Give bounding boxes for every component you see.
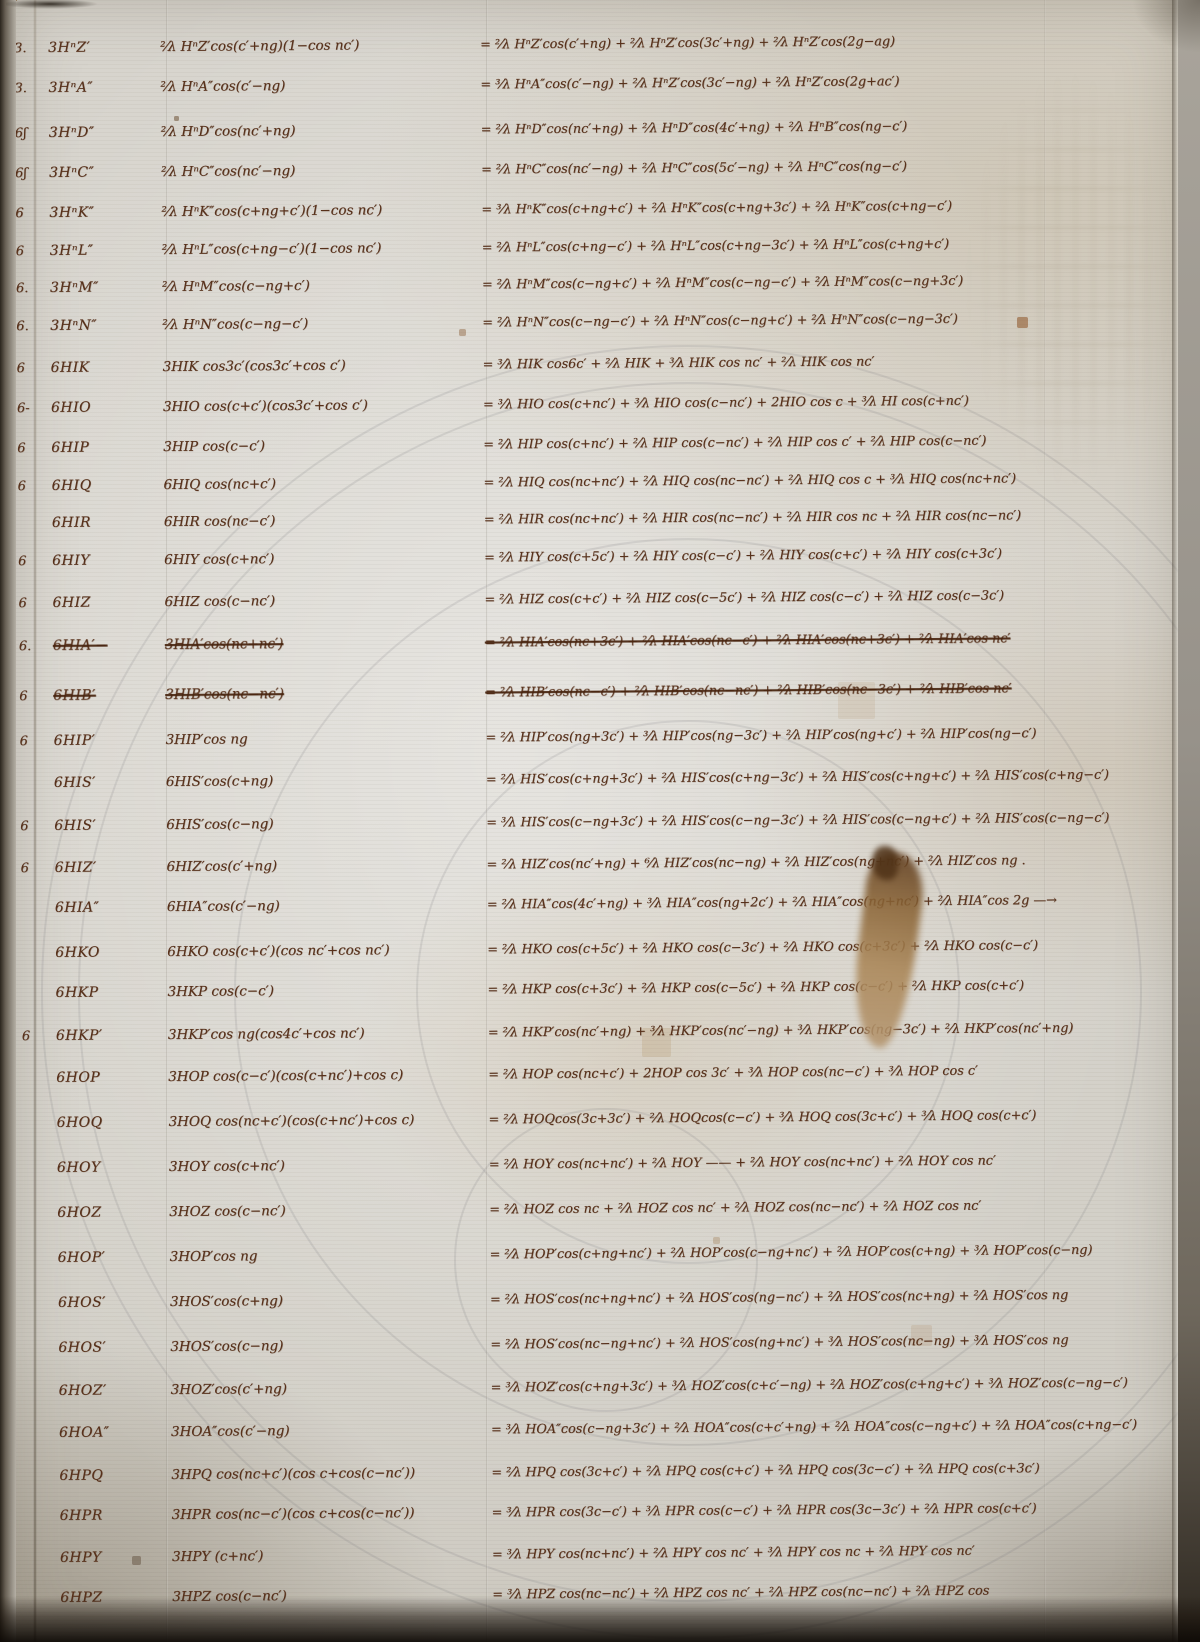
term-label: 6HIZ′ xyxy=(54,859,166,876)
equation-lhs: 6HIQ cos(nc+c′) xyxy=(163,475,483,494)
equation-row: 6HOQ 3HOQ cos(nc+c′)(cos(c+nc′)+cos c) =… xyxy=(22,1106,1174,1131)
equation-rhs: = ²⁄λ HⁿL″cos(c+ng−c′) + ²⁄λ HⁿL″cos(c+n… xyxy=(482,235,1168,255)
equation-rhs: = ³⁄λ HⁿA″cos(c′−ng) + ²⁄λ HⁿZ′cos(3c′−n… xyxy=(480,72,1166,92)
margin-number: 6ʃ xyxy=(15,166,49,181)
ink-smudge-tip xyxy=(872,846,898,880)
equation-lhs: 3HOA″cos(c′−ng) xyxy=(171,1421,491,1440)
margin-number: 6 xyxy=(22,1029,56,1044)
equation-row: 6HIA″ 6HIA″cos(c′−ng) = ²⁄λ HIA″cos(4c′+… xyxy=(21,891,1173,916)
equation-row: 6HOP 3HOP cos(c−c′)(cos(c+nc′)+cos c) = … xyxy=(22,1061,1174,1086)
margin-number: 6 xyxy=(16,244,50,259)
equation-rhs: = ³⁄λ HIS′cos(c−ng+3c′) + ²⁄λ HIS′cos(c−… xyxy=(486,810,1172,830)
term-label: 6HIB′ xyxy=(53,687,165,704)
equation-row: 6HOS′ 3HOS′cos(c−ng) = ²⁄λ HOS′cos(nc−ng… xyxy=(24,1331,1176,1356)
equation-rhs: = ³⁄λ HIO cos(c+nc′) + ³⁄λ HIO cos(c−nc′… xyxy=(483,392,1169,412)
equation-lhs: 3HOY cos(c+nc′) xyxy=(169,1156,489,1175)
term-label: 6HOZ xyxy=(57,1204,169,1221)
term-label: 3HⁿN″ xyxy=(50,317,162,334)
equation-row: 6 6HIS′ 6HIS′cos(c−ng) = ³⁄λ HIS′cos(c−n… xyxy=(20,809,1172,834)
equation-lhs: ²⁄λ HⁿN″cos(c−ng−c′) xyxy=(162,315,482,334)
equation-lhs: 6HIY cos(c+nc′) xyxy=(164,550,484,569)
margin-number: 3. xyxy=(14,41,48,56)
equation-lhs: 6HIS′cos(c−ng) xyxy=(166,814,486,833)
equation-lhs: 3HPQ cos(nc+c′)(cos c+cos(c−nc′)) xyxy=(171,1464,491,1483)
term-label: 6HOZ′ xyxy=(59,1382,171,1399)
equation-row: 6ʃ 3HⁿC″ ²⁄λ HⁿC″cos(nc′−ng) = ²⁄λ HⁿC″c… xyxy=(15,156,1167,181)
term-label: 6HOS′ xyxy=(58,1339,170,1356)
equation-lhs: ²⁄λ HⁿA″cos(c′−ng) xyxy=(160,77,480,96)
equation-row: 6. 6HIA′− 3HIA′cos(nc+nc′) = ²⁄λ HIA′cos… xyxy=(19,629,1171,654)
equation-row: 6HOA″ 3HOA″cos(c′−ng) = ³⁄λ HOA″cos(c−ng… xyxy=(25,1416,1177,1441)
term-label: 3HⁿA″ xyxy=(48,79,160,96)
term-label: 6HOQ xyxy=(56,1114,168,1131)
term-label: 6HIP′ xyxy=(53,732,165,749)
equation-row: 6. 3HⁿM″ ²⁄λ HⁿM″cos(c−ng+c′) = ²⁄λ HⁿM″… xyxy=(16,271,1168,296)
equation-lhs: 3HKP′cos ng(cos4c′+cos nc′) xyxy=(168,1024,488,1043)
equation-rhs: = ²⁄λ HIP′cos(ng+3c′) + ³⁄λ HIP′cos(ng−3… xyxy=(485,725,1171,745)
margin-number: 6 xyxy=(20,819,54,834)
equation-rhs: = ²⁄λ HPQ cos(3c+c′) + ²⁄λ HPQ cos(c+c′)… xyxy=(491,1460,1177,1480)
left-edge-seam xyxy=(34,0,36,1642)
equation-rhs: = ²⁄λ HIA′cos(nc+3c′) + ²⁄λ HIA′cos(nc−c… xyxy=(485,630,1171,650)
term-label: 3HⁿC″ xyxy=(49,164,161,181)
equation-lhs: 6HIS′cos(c+ng) xyxy=(166,771,486,790)
equation-lhs: ²⁄λ HⁿD″cos(nc′+ng) xyxy=(161,122,481,141)
equation-lhs: 3HOZ′cos(c′+ng) xyxy=(171,1379,491,1398)
equation-rhs: = ²⁄λ HOS′cos(nc−ng+nc′) + ²⁄λ HOS′cos(n… xyxy=(490,1332,1176,1352)
equation-row: 6 6HIP′ 3HIP′cos ng = ²⁄λ HIP′cos(ng+3c′… xyxy=(19,724,1171,749)
bottom-scan-shadow xyxy=(0,1596,1200,1642)
torn-left-edge xyxy=(0,0,16,1642)
equation-rhs: = ²⁄λ HOQcos(3c+3c′) + ²⁄λ HOQcos(c−c′) … xyxy=(488,1107,1174,1127)
margin-number: 6. xyxy=(16,281,50,296)
equation-lhs: 3HIP cos(c−c′) xyxy=(163,437,483,456)
term-label: 6HOS′ xyxy=(58,1294,170,1311)
equation-row: 6 3HⁿK″ ²⁄λ HⁿK″cos(c+ng+c′)(1−cos nc′) … xyxy=(15,196,1167,221)
equation-row: 6. 3HⁿN″ ²⁄λ HⁿN″cos(c−ng−c′) = ²⁄λ HⁿN″… xyxy=(16,309,1168,334)
equation-row: 6HPR 3HPR cos(nc−c′)(cos c+cos(c−nc′)) =… xyxy=(26,1499,1178,1524)
term-label: 6HIO xyxy=(51,399,163,416)
equation-lhs: 6HIR cos(nc−c′) xyxy=(164,512,484,531)
equation-row: 6 3HⁿL″ ²⁄λ HⁿL″cos(c+ng−c′)(1−cos nc′) … xyxy=(16,234,1168,259)
equation-row: 6HIS′ 6HIS′cos(c+ng) = ²⁄λ HIS′cos(c+ng+… xyxy=(20,766,1172,791)
equation-rhs: = ²⁄λ HOP cos(nc+c′) + 2HOP cos 3c′ + ³⁄… xyxy=(488,1062,1174,1082)
term-label: 6HIA′− xyxy=(53,637,165,654)
equation-row: 6HOP′ 3HOP′cos ng = ²⁄λ HOP′cos(c+ng+nc′… xyxy=(24,1241,1176,1266)
equation-lhs: ²⁄λ HⁿK″cos(c+ng+c′)(1−cos nc′) xyxy=(161,202,481,221)
equation-lhs: 3HIO cos(c+c′)(cos3c′+cos c′) xyxy=(163,397,483,416)
equation-lhs: ²⁄λ HⁿZ′cos(c′+ng)(1−cos nc′) xyxy=(160,37,480,56)
equation-row: 6ʃ 3HⁿD″ ²⁄λ HⁿD″cos(nc′+ng) = ²⁄λ HⁿD″c… xyxy=(15,116,1167,141)
equation-lhs: 3HPY (c+nc′) xyxy=(172,1546,492,1565)
equation-row: 6 6HKP′ 3HKP′cos ng(cos4c′+cos nc′) = ²⁄… xyxy=(22,1019,1174,1044)
page-edge-right xyxy=(1178,0,1200,1642)
term-label: 6HIR xyxy=(52,514,164,531)
term-label: 6HOY xyxy=(57,1159,169,1176)
equation-lhs: 3HOS′cos(c+ng) xyxy=(170,1291,490,1310)
equation-rhs: = ²⁄λ HIZ cos(c+c′) + ²⁄λ HIZ cos(c−5c′)… xyxy=(484,587,1170,607)
equation-row: 6HPQ 3HPQ cos(nc+c′)(cos c+cos(c−nc′)) =… xyxy=(25,1459,1177,1484)
equation-rhs: = ³⁄λ HIK cos6c′ + ²⁄λ HIK + ³⁄λ HIK cos… xyxy=(483,352,1169,372)
equation-lhs: 3HIP′cos ng xyxy=(165,729,485,748)
equation-rhs: = ²⁄λ HⁿC″cos(nc′−ng) + ²⁄λ HⁿC″cos(5c′−… xyxy=(481,157,1167,177)
term-label: 6HOP xyxy=(56,1069,168,1086)
equation-row: 6 6HIZ 6HIZ cos(c−nc′) = ²⁄λ HIZ cos(c+c… xyxy=(18,586,1170,611)
term-label: 6HIK xyxy=(51,359,163,376)
term-label: 6HIZ xyxy=(52,594,164,611)
equation-lhs: 6HIA″cos(c′−ng) xyxy=(167,896,487,915)
equation-rows: 3. 3HⁿZ′ ²⁄λ HⁿZ′cos(c′+ng)(1−cos nc′) =… xyxy=(0,0,1200,1642)
term-label: 3HⁿZ′ xyxy=(48,39,160,56)
equation-lhs: 6HIZ cos(c−nc′) xyxy=(164,592,484,611)
equation-row: 6 6HIB′ 3HIB′cos(nc−nc′) = ²⁄λ HIB′cos(n… xyxy=(19,679,1171,704)
term-label: 3HⁿL″ xyxy=(50,242,162,259)
equation-rhs: = ³⁄λ HⁿK″cos(c+ng+c′) + ²⁄λ HⁿK″cos(c+n… xyxy=(481,197,1167,217)
term-label: 6HIS′ xyxy=(54,817,166,834)
equation-rhs: = ²⁄λ HⁿZ′cos(c′+ng) + ²⁄λ HⁿZ′cos(3c′+n… xyxy=(480,32,1166,52)
equation-lhs: 3HIK cos3c′(cos3c′+cos c′) xyxy=(163,357,483,376)
margin-number: 6 xyxy=(20,861,54,876)
term-label: 3HⁿK″ xyxy=(49,204,161,221)
equation-row: 6- 6HIO 3HIO cos(c+c′)(cos3c′+cos c′) = … xyxy=(17,391,1169,416)
equation-rhs: = ²⁄λ HOZ cos nc + ²⁄λ HOZ cos nc′ + ²⁄λ… xyxy=(489,1197,1175,1217)
equation-rhs: = ²⁄λ HOS′cos(nc+ng+nc′) + ²⁄λ HOS′cos(n… xyxy=(490,1287,1176,1307)
equation-rhs: = ²⁄λ HIZ′cos(nc′+ng) + ⁶⁄λ HIZ′cos(nc−n… xyxy=(486,852,1172,872)
equation-rhs: = ³⁄λ HOA″cos(c−ng+3c′) + ²⁄λ HOA″cos(c+… xyxy=(491,1417,1177,1437)
equation-row: 6HPY 3HPY (c+nc′) = ³⁄λ HPY cos(nc+nc′) … xyxy=(26,1541,1178,1566)
term-label: 6HOP′ xyxy=(58,1249,170,1266)
term-label: 6HOA″ xyxy=(59,1424,171,1441)
equation-rhs: = ²⁄λ HⁿD″cos(nc′+ng) + ²⁄λ HⁿD″cos(4c′+… xyxy=(481,117,1167,137)
margin-number: 6 xyxy=(15,206,49,221)
term-label: 6HPY xyxy=(60,1549,172,1566)
equation-rhs: = ²⁄λ HIQ cos(nc+nc′) + ²⁄λ HIQ cos(nc−n… xyxy=(483,470,1169,490)
term-label: 6HIP xyxy=(51,439,163,456)
term-label: 3HⁿM″ xyxy=(50,279,162,296)
manuscript-scan: 3. 3HⁿZ′ ²⁄λ HⁿZ′cos(c′+ng)(1−cos nc′) =… xyxy=(0,0,1200,1642)
equation-row: 6 6HIK 3HIK cos3c′(cos3c′+cos c′) = ³⁄λ … xyxy=(17,351,1169,376)
equation-rhs: = ²⁄λ HKP′cos(nc′+ng) + ³⁄λ HKP′cos(nc′−… xyxy=(488,1020,1174,1040)
equation-row: 3. 3HⁿA″ ²⁄λ HⁿA″cos(c′−ng) = ³⁄λ HⁿA″co… xyxy=(14,71,1166,96)
term-label: 6HIS′ xyxy=(54,774,166,791)
equation-row: 6HKP 3HKP cos(c−c′) = ²⁄λ HKP cos(c+3c′)… xyxy=(21,976,1173,1001)
equation-row: 6HKO 6HKO cos(c+c′)(cos nc′+cos nc′) = ²… xyxy=(21,936,1173,961)
term-label: 6HIY xyxy=(52,552,164,569)
equation-rhs: = ³⁄λ HPR cos(3c−c′) + ³⁄λ HPR cos(c−c′)… xyxy=(492,1500,1178,1520)
equation-rhs: = ²⁄λ HⁿM″cos(c−ng+c′) + ²⁄λ HⁿM″cos(c−n… xyxy=(482,272,1168,292)
equation-row: 6 6HIQ 6HIQ cos(nc+c′) = ²⁄λ HIQ cos(nc+… xyxy=(17,469,1169,494)
term-label: 6HPR xyxy=(60,1507,172,1524)
equation-row: 6 6HIY 6HIY cos(c+nc′) = ²⁄λ HIY cos(c+5… xyxy=(18,544,1170,569)
equation-rhs: = ²⁄λ HIR cos(nc+nc′) + ²⁄λ HIR cos(nc−n… xyxy=(484,507,1170,527)
equation-row: 6 6HIP 3HIP cos(c−c′) = ²⁄λ HIP cos(c+nc… xyxy=(17,431,1169,456)
equation-rhs: = ²⁄λ HKP cos(c+3c′) + ²⁄λ HKP cos(c−5c′… xyxy=(487,977,1173,997)
equation-rhs: = ²⁄λ HIS′cos(c+ng+3c′) + ²⁄λ HIS′cos(c+… xyxy=(486,767,1172,787)
term-label: 6HIA″ xyxy=(55,899,167,916)
equation-lhs: 6HIZ′cos(c′+ng) xyxy=(166,856,486,875)
margin-number: 6 xyxy=(19,689,53,704)
equation-row: 6 6HIZ′ 6HIZ′cos(c′+ng) = ²⁄λ HIZ′cos(nc… xyxy=(20,851,1172,876)
equation-lhs: 6HKO cos(c+c′)(cos nc′+cos nc′) xyxy=(167,941,487,960)
equation-rhs: = ²⁄λ HⁿN″cos(c−ng−c′) + ²⁄λ HⁿN″cos(c−n… xyxy=(482,310,1168,330)
equation-lhs: 3HOZ cos(c−nc′) xyxy=(169,1201,489,1220)
equation-row: 6HIR 6HIR cos(nc−c′) = ²⁄λ HIR cos(nc+nc… xyxy=(18,506,1170,531)
term-label: 6HPQ xyxy=(59,1467,171,1484)
equation-lhs: ²⁄λ HⁿL″cos(c+ng−c′)(1−cos nc′) xyxy=(162,240,482,259)
equation-row: 6HOY 3HOY cos(c+nc′) = ²⁄λ HOY cos(nc+nc… xyxy=(23,1151,1175,1176)
top-edge-mark xyxy=(6,0,116,10)
equation-rhs: = ²⁄λ HIB′cos(nc−c′) + ²⁄λ HIB′cos(nc−nc… xyxy=(485,680,1171,700)
equation-lhs: 3HOP cos(c−c′)(cos(c+nc′)+cos c) xyxy=(168,1066,488,1085)
term-label: 6HKP′ xyxy=(56,1027,168,1044)
equation-rhs: = ²⁄λ HOY cos(nc+nc′) + ²⁄λ HOY —— + ²⁄λ… xyxy=(489,1152,1175,1172)
equation-row: 6HOZ 3HOZ cos(c−nc′) = ²⁄λ HOZ cos nc + … xyxy=(23,1196,1175,1221)
equation-lhs: ²⁄λ HⁿC″cos(nc′−ng) xyxy=(161,162,481,181)
top-right-shadow xyxy=(1120,0,1200,70)
equation-lhs: 3HOP′cos ng xyxy=(170,1246,490,1265)
equation-rhs: = ³⁄λ HPY cos(nc+nc′) + ²⁄λ HPY cos nc′ … xyxy=(492,1542,1178,1562)
equation-lhs: 3HOS′cos(c−ng) xyxy=(170,1336,490,1355)
equation-lhs: 3HIA′cos(nc+nc′) xyxy=(165,635,485,654)
term-label: 3HⁿD″ xyxy=(49,124,161,141)
term-label: 6HIQ xyxy=(51,477,163,494)
equation-rhs: = ³⁄λ HOZ′cos(c+ng+3c′) + ³⁄λ HOZ′cos(c+… xyxy=(491,1375,1177,1395)
equation-rhs: = ²⁄λ HIY cos(c+5c′) + ²⁄λ HIY cos(c−c′)… xyxy=(484,545,1170,565)
equation-rhs: = ²⁄λ HIA″cos(4c′+ng) + ³⁄λ HIA″cos(ng+2… xyxy=(487,892,1173,912)
margin-number: 6ʃ xyxy=(15,126,49,141)
term-label: 6HKP xyxy=(55,984,167,1001)
equation-row: 3. 3HⁿZ′ ²⁄λ HⁿZ′cos(c′+ng)(1−cos nc′) =… xyxy=(14,31,1166,56)
term-label: 6HKO xyxy=(55,944,167,961)
equation-lhs: 3HOQ cos(nc+c′)(cos(c+nc′)+cos c) xyxy=(168,1111,488,1130)
equation-rhs: = ²⁄λ HIP cos(c+nc′) + ²⁄λ HIP cos(c−nc′… xyxy=(483,432,1169,452)
equation-rhs: = ²⁄λ HKO cos(c+5c′) + ²⁄λ HKO cos(c−3c′… xyxy=(487,937,1173,957)
equation-rhs: = ²⁄λ HOP′cos(c+ng+nc′) + ²⁄λ HOP′cos(c−… xyxy=(490,1242,1176,1262)
equation-lhs: ²⁄λ HⁿM″cos(c−ng+c′) xyxy=(162,277,482,296)
equation-lhs: 3HIB′cos(nc−nc′) xyxy=(165,685,485,704)
equation-row: 6HOZ′ 3HOZ′cos(c′+ng) = ³⁄λ HOZ′cos(c+ng… xyxy=(25,1374,1177,1399)
equation-lhs: 3HPR cos(nc−c′)(cos c+cos(c−nc′)) xyxy=(172,1504,492,1523)
margin-number: 6 xyxy=(19,734,53,749)
margin-number: 3. xyxy=(14,81,48,96)
equation-lhs: 3HKP cos(c−c′) xyxy=(167,981,487,1000)
equation-row: 6HOS′ 3HOS′cos(c+ng) = ²⁄λ HOS′cos(nc+ng… xyxy=(24,1286,1176,1311)
